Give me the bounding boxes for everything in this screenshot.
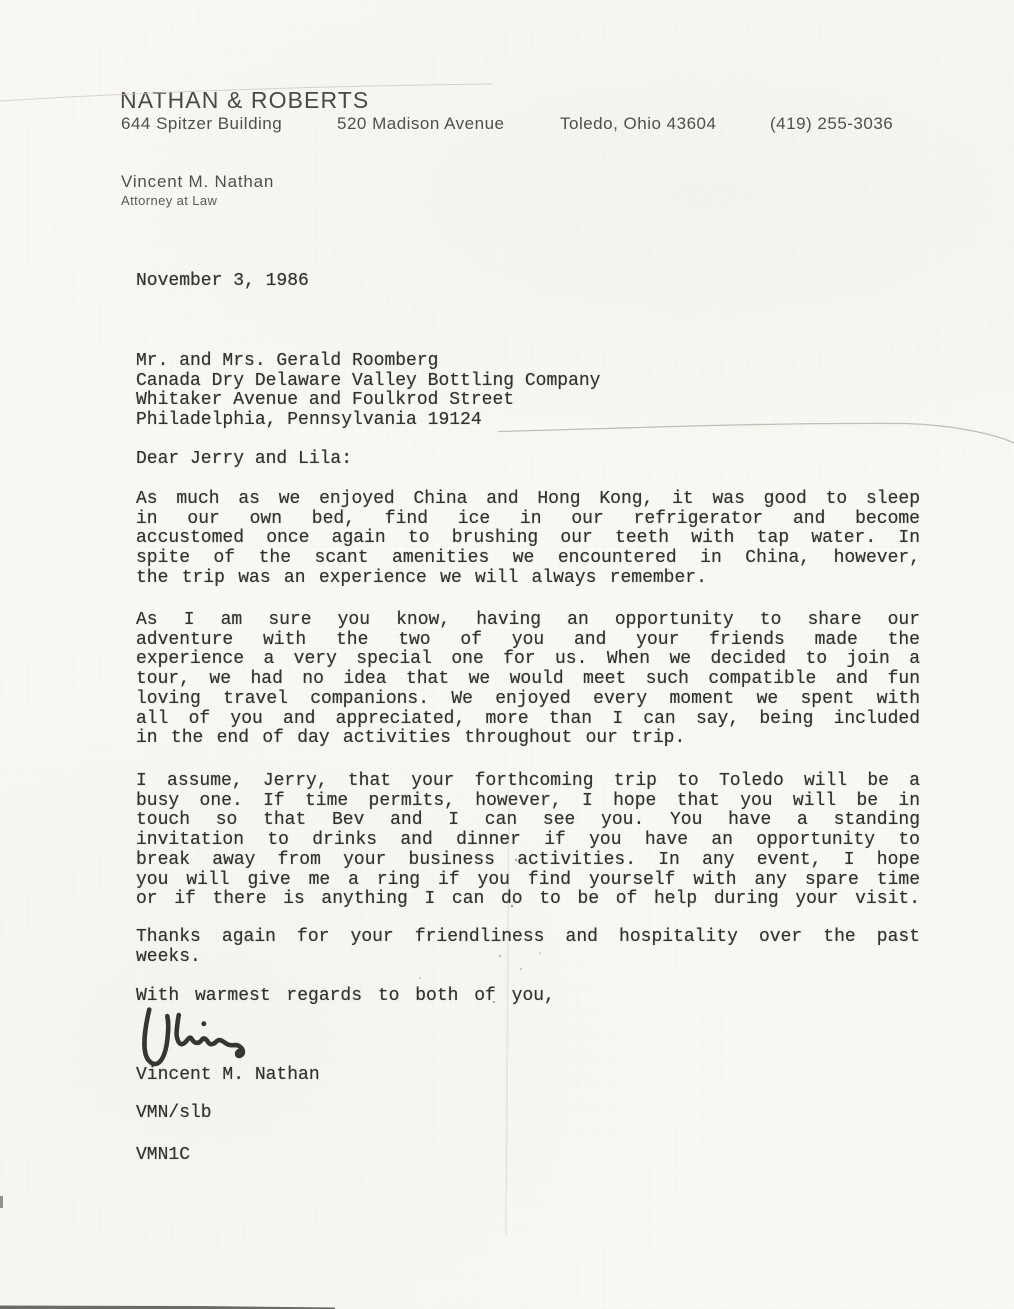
letter-body: November 3, 1986 Mr. and Mrs. Gerald Roo… xyxy=(136,0,920,1309)
text-line: break away from your business activities… xyxy=(136,851,920,871)
text-line: Canada Dry Delaware Valley Bottling Comp… xyxy=(136,372,920,392)
text-line: in the end of day activities throughout … xyxy=(136,729,920,749)
text-line: I assume, Jerry, that your forthcoming t… xyxy=(136,772,920,792)
text-line: Thanks again for your friendliness and h… xyxy=(136,928,920,948)
text-line: the trip was an experience we will alway… xyxy=(136,569,920,589)
handwritten-signature-icon xyxy=(134,1006,254,1072)
text-line: accustomed once again to brushing our te… xyxy=(136,529,920,549)
body-paragraph-3: I assume, Jerry, that your forthcoming t… xyxy=(136,772,920,910)
file-code: VMN1C xyxy=(136,1146,920,1166)
text-line: invitation to drinks and dinner if you h… xyxy=(136,831,920,851)
text-line: weeks. xyxy=(136,948,920,968)
text-line: Mr. and Mrs. Gerald Roomberg xyxy=(136,352,920,372)
letter-date: November 3, 1986 xyxy=(136,272,920,292)
text-line: adventure with the two of you and your f… xyxy=(136,631,920,651)
text-line: touch so that Bev and I can see you. You… xyxy=(136,811,920,831)
text-line: you will give me a ring if you find your… xyxy=(136,871,920,891)
scanned-letter-page: NATHAN & ROBERTS 644 Spitzer Building 52… xyxy=(0,0,1014,1309)
body-paragraph-4: Thanks again for your friendliness and h… xyxy=(136,928,920,967)
text-line: loving travel companions. We enjoyed eve… xyxy=(136,690,920,710)
text-line: all of you and appreciated, more than I … xyxy=(136,710,920,730)
salutation: Dear Jerry and Lila: xyxy=(136,450,920,470)
text-line: in our own bed, find ice in our refriger… xyxy=(136,510,920,530)
text-line: As I am sure you know, having an opportu… xyxy=(136,611,920,631)
text-line: or if there is anything I can do to be o… xyxy=(136,890,920,910)
text-line: experience a very special one for us. Wh… xyxy=(136,650,920,670)
closing-line: With warmest regards to both of you, xyxy=(136,987,920,1007)
text-line: tour, we had no idea that we would meet … xyxy=(136,670,920,690)
typist-initials: VMN/slb xyxy=(136,1104,920,1124)
text-line: spite of the scant amenities we encounte… xyxy=(136,549,920,569)
body-paragraph-1: As much as we enjoyed China and Hong Kon… xyxy=(136,490,920,589)
recipient-address: Mr. and Mrs. Gerald RoombergCanada Dry D… xyxy=(136,352,920,431)
text-line: Whitaker Avenue and Foulkrod Street xyxy=(136,391,920,411)
text-line: Philadelphia, Pennsylvania 19124 xyxy=(136,411,920,431)
text-line: As much as we enjoyed China and Hong Kon… xyxy=(136,490,920,510)
body-paragraph-2: As I am sure you know, having an opportu… xyxy=(136,611,920,749)
text-line: busy one. If time permits, however, I ho… xyxy=(136,792,920,812)
